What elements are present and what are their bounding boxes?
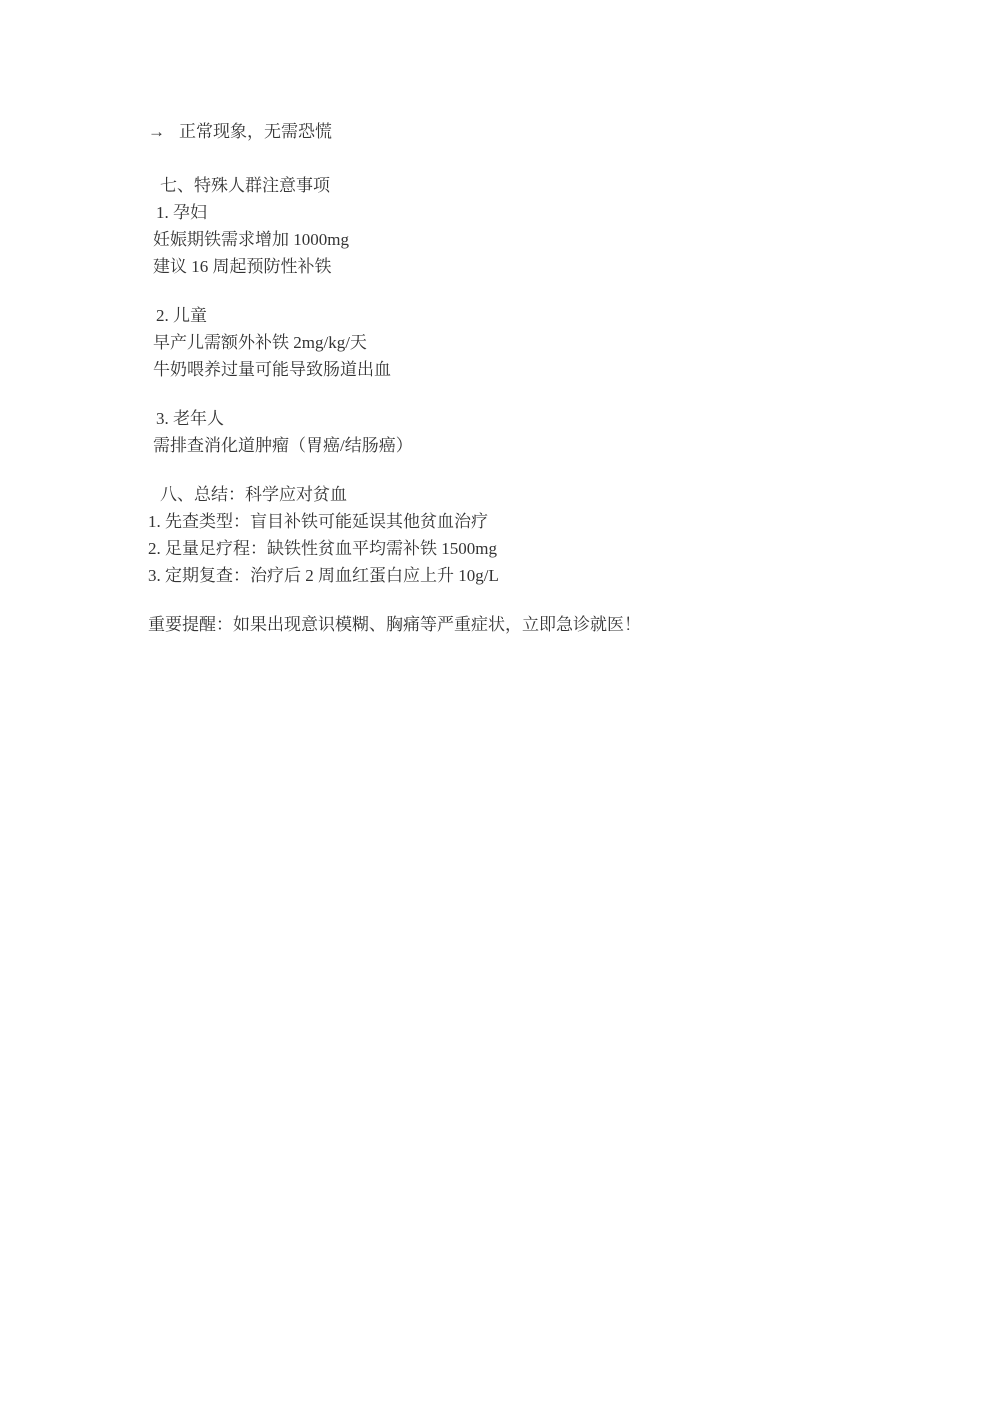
section7-title: 七、特殊人群注意事项 (160, 172, 848, 199)
section7-item3-line1: 需排查消化道肿瘤（胃癌/结肠癌） (153, 432, 848, 459)
section8-item1: 1. 先查类型：盲目补铁可能延误其他贫血治疗 (148, 508, 848, 535)
important-note-block: 重要提醒：如果出现意识模糊、胸痛等严重症状，立即急诊就医！ (148, 611, 848, 638)
section7-group-children: 2. 儿童 早产儿需额外补铁 2mg/kg/天 牛奶喂养过量可能导致肠道出血 (148, 302, 848, 383)
section7-item2-line2: 牛奶喂养过量可能导致肠道出血 (153, 356, 848, 383)
section8-item2: 2. 足量足疗程：缺铁性贫血平均需补铁 1500mg (148, 535, 848, 562)
section7-item1-line2: 建议 16 周起预防性补铁 (153, 253, 848, 280)
section8-title: 八、总结：科学应对贫血 (160, 481, 848, 508)
right-arrow-icon: → (148, 118, 165, 145)
section7-item1-heading: 1. 孕妇 (156, 199, 848, 226)
section7-item3-heading: 3. 老年人 (156, 405, 848, 432)
section7-item1-line1: 妊娠期铁需求增加 1000mg (153, 226, 848, 253)
document-page: →正常现象，无需恐慌 七、特殊人群注意事项 1. 孕妇 妊娠期铁需求增加 100… (0, 0, 992, 1403)
arrow-note-text: 正常现象，无需恐慌 (179, 122, 332, 141)
arrow-note-line: →正常现象，无需恐慌 (148, 118, 848, 145)
section7-group-pregnant: 七、特殊人群注意事项 1. 孕妇 妊娠期铁需求增加 1000mg 建议 16 周… (148, 172, 848, 280)
section7-item2-line1: 早产儿需额外补铁 2mg/kg/天 (153, 329, 848, 356)
document-content: →正常现象，无需恐慌 七、特殊人群注意事项 1. 孕妇 妊娠期铁需求增加 100… (148, 118, 848, 660)
arrow-note-block: →正常现象，无需恐慌 (148, 118, 848, 145)
section7-item2-heading: 2. 儿童 (156, 302, 848, 329)
important-note-line: 重要提醒：如果出现意识模糊、胸痛等严重症状，立即急诊就医！ (148, 611, 848, 638)
section8-summary: 八、总结：科学应对贫血 1. 先查类型：盲目补铁可能延误其他贫血治疗 2. 足量… (148, 481, 848, 589)
section8-item3: 3. 定期复查：治疗后 2 周血红蛋白应上升 10g/L (148, 562, 848, 589)
section7-group-elderly: 3. 老年人 需排查消化道肿瘤（胃癌/结肠癌） (148, 405, 848, 459)
